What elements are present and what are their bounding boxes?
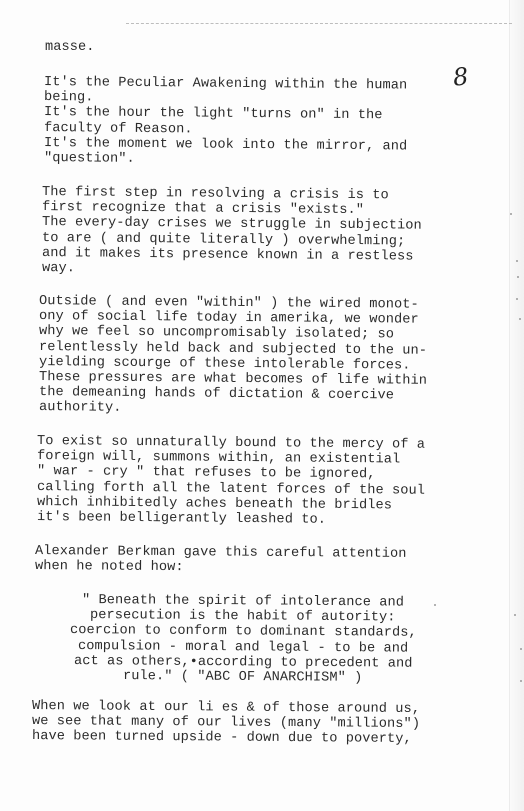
text-line: faculty of Reason. <box>44 121 193 137</box>
handwritten-page-number: 8 <box>452 62 470 91</box>
text-line: and it makes its presence known in a res… <box>42 246 414 265</box>
text-line: "question". <box>44 151 135 167</box>
quote-line: rule." ( "ABC OF ANARCHISM" ) <box>123 669 363 686</box>
text-line: being. <box>44 90 94 105</box>
scan-speck <box>517 276 519 278</box>
document-page: 8 masse.It's the Peculiar Awakening with… <box>0 0 524 811</box>
text-line: it's been belligerantly leashed to. <box>37 510 326 528</box>
text-line: have been turned upside - down due to po… <box>32 729 412 747</box>
scan-speck <box>519 318 521 320</box>
scan-speck <box>514 614 516 616</box>
top-rule-divider <box>126 23 512 24</box>
text-line: masse. <box>45 40 95 55</box>
scan-speck <box>516 260 518 262</box>
scan-speck <box>520 680 522 682</box>
scan-speck <box>434 604 436 606</box>
text-line: when he noted how: <box>35 559 184 575</box>
scan-speck <box>516 298 518 300</box>
scan-speck <box>520 648 522 650</box>
scan-speck <box>510 213 512 215</box>
page-edge-shadow <box>509 0 524 811</box>
text-line: way. <box>42 261 75 276</box>
text-line: authority. <box>39 400 122 416</box>
text-line: It's the Peculiar Awakening within the h… <box>44 75 407 93</box>
